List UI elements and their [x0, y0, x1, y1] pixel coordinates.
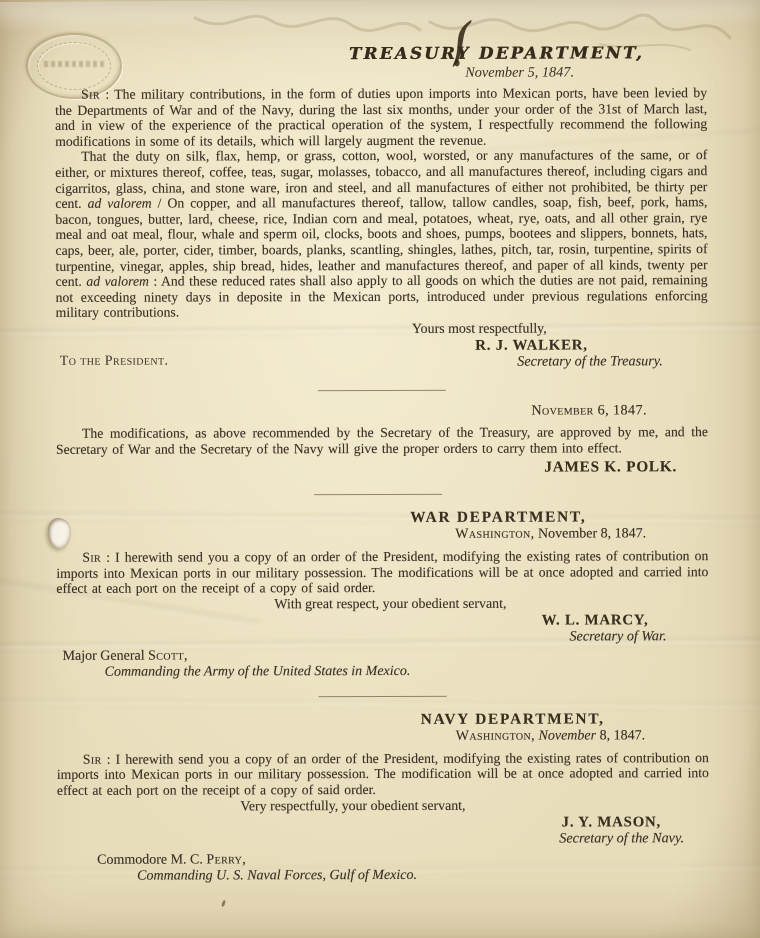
complimentary-close: With great respect, your obedient servan…	[64, 596, 716, 614]
signature-polk: JAMES K. POLK.	[56, 459, 677, 477]
war-letter: WAR DEPARTMENT, Washington, November 8, …	[56, 508, 708, 680]
paragraph-text: : And these reduced rates shall also app…	[56, 272, 708, 320]
addressee-title: Commanding the Army of the United States…	[105, 663, 709, 681]
signature-title: Secretary of War.	[56, 628, 666, 646]
treasury-paragraph-2: That the duty on silk, flax, hemp, or gr…	[55, 148, 707, 321]
paragraph-text: : I herewith send you a copy of an order…	[56, 548, 708, 596]
war-paragraph: Sir : I herewith send you a copy of an o…	[56, 548, 708, 596]
dateline-month: November	[535, 728, 596, 743]
salutation: Sir	[81, 87, 100, 102]
polk-paragraph: The modifications, as above recommended …	[56, 424, 708, 457]
signature-title: Secretary of the Navy.	[57, 830, 684, 848]
dateline-date: 8, 1847.	[596, 728, 645, 743]
dateline-date: November 8, 1847.	[534, 526, 646, 541]
addressee-rank: Commodore M. C.	[97, 852, 206, 867]
paragraph-text: : The military contributions, in the for…	[55, 85, 707, 148]
treasury-closing-block: Yours most respectfully, R. J. WALKER, S…	[56, 321, 708, 371]
addressee-rank: Major General	[63, 648, 149, 663]
addressee-scott: Major General Scott,	[63, 647, 709, 665]
signature-marcy: W. L. MARCY,	[56, 612, 648, 630]
polk-endorsement: November 6, 1847. The modifications, as …	[56, 402, 708, 477]
complimentary-close: Very respectfully, your obedient servant…	[27, 798, 679, 816]
addressee-punct: ,	[184, 648, 188, 663]
treasury-letter: TREASURY DEPARTMENT, November 5, 1847. S…	[55, 43, 708, 371]
document-content: TREASURY DEPARTMENT, November 5, 1847. S…	[55, 0, 709, 885]
navy-heading: NAVY DEPARTMENT,	[421, 710, 709, 729]
treasury-heading: TREASURY DEPARTMENT,	[349, 43, 644, 63]
section-divider	[318, 390, 446, 391]
ad-valorem-phrase: ad valorem	[88, 196, 152, 211]
addressee-president: To the President.	[60, 353, 169, 369]
scanned-document: TREASURY DEPARTMENT, November 5, 1847. S…	[0, 0, 760, 938]
salutation: Sir	[83, 752, 102, 767]
war-dateline: Washington, November 8, 1847.	[455, 526, 708, 543]
section-divider	[314, 494, 442, 495]
addressee-perry: Commodore M. C. Perry,	[97, 851, 709, 869]
dateline-place: Washington,	[455, 527, 534, 542]
signature-walker: R. J. WALKER,	[56, 337, 588, 354]
signature-mason: J. Y. MASON,	[57, 814, 661, 832]
navy-letter: NAVY DEPARTMENT, Washington, November 8,…	[57, 710, 709, 884]
addressee-punct: ,	[242, 852, 246, 867]
addressee-name: Scott	[148, 648, 184, 663]
ad-valorem-phrase: ad valorem	[86, 274, 149, 289]
treasury-letterhead: TREASURY DEPARTMENT,	[55, 43, 644, 65]
salutation: Sir	[82, 550, 101, 565]
navy-paragraph: Sir : I herewith send you a copy of an o…	[57, 750, 709, 798]
complimentary-close: Yours most respectfully,	[56, 321, 547, 338]
dateline-place: Washington,	[456, 728, 535, 743]
paragraph-text: : I herewith send you a copy of an order…	[57, 750, 709, 798]
treasury-dateline: November 5, 1847.	[55, 64, 574, 82]
polk-dateline: November 6, 1847.	[56, 402, 647, 420]
treasury-paragraph-1: Sir : The military contributions, in the…	[55, 85, 707, 149]
navy-dateline: Washington, November 8, 1847.	[456, 728, 709, 745]
addressee-name: Perry	[206, 852, 242, 867]
war-heading: WAR DEPARTMENT,	[410, 508, 708, 527]
addressee-title: Commanding U. S. Naval Forces, Gulf of M…	[137, 867, 709, 884]
section-divider	[319, 696, 447, 697]
